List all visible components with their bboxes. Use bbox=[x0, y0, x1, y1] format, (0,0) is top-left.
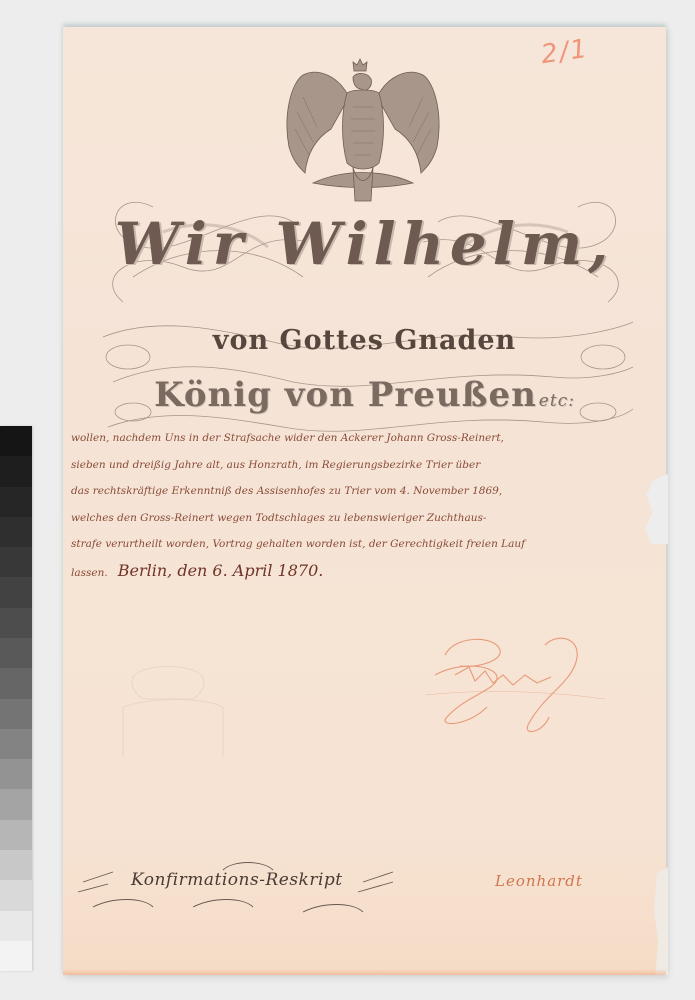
grayscale-step bbox=[0, 941, 32, 971]
grayscale-step bbox=[0, 608, 32, 638]
royal-signature bbox=[425, 625, 605, 735]
grayscale-step bbox=[0, 759, 32, 789]
heading-wir-wilhelm: Wir Wilhelm, bbox=[63, 210, 666, 278]
decree-line: sieben und dreißig Jahre alt, aus Honzra… bbox=[71, 452, 661, 479]
grayscale-step bbox=[0, 880, 32, 910]
countersignature: Leonhardt bbox=[495, 872, 583, 890]
document-type-label: Konfirmations-Reskript bbox=[131, 870, 343, 890]
grayscale-step bbox=[0, 426, 32, 456]
document-sheet: 2/1 Wir Wilhelm, von Go bbox=[63, 27, 666, 975]
decree-line-last: lassen. Berlin, den 6. April 1870. bbox=[71, 558, 661, 587]
decree-line: welches den Gross-Reinert wegen Todtschl… bbox=[71, 505, 661, 532]
decree-line: wollen, nachdem Uns in der Strafsache wi… bbox=[71, 425, 661, 452]
grayscale-calibration-strip bbox=[0, 426, 32, 971]
torn-edge-lower bbox=[654, 867, 668, 975]
grayscale-step bbox=[0, 729, 32, 759]
decree-line-text: lassen. bbox=[71, 567, 108, 579]
grayscale-step bbox=[0, 789, 32, 819]
faint-seal-impression bbox=[93, 637, 253, 777]
heading-koenig-von-preussen: König von Preußenetc: bbox=[63, 375, 666, 415]
decree-line: strafe verurtheilt worden, Vortrag gehal… bbox=[71, 531, 661, 558]
heading-von-gottes-gnaden: von Gottes Gnaden bbox=[63, 325, 666, 356]
grayscale-step bbox=[0, 638, 32, 668]
grayscale-step bbox=[0, 850, 32, 880]
heading-king-text: König von Preußen bbox=[154, 375, 537, 415]
grayscale-step bbox=[0, 668, 32, 698]
archive-number-mark: 2/1 bbox=[539, 34, 591, 70]
grayscale-step bbox=[0, 456, 32, 486]
prussian-eagle-emblem bbox=[273, 57, 453, 217]
grayscale-step bbox=[0, 820, 32, 850]
grayscale-step bbox=[0, 577, 32, 607]
grayscale-step bbox=[0, 517, 32, 547]
grayscale-step bbox=[0, 487, 32, 517]
grayscale-step bbox=[0, 547, 32, 577]
place-and-date: Berlin, den 6. April 1870. bbox=[118, 561, 324, 580]
grayscale-step bbox=[0, 911, 32, 941]
crown-icon bbox=[353, 59, 367, 71]
heading-etc: etc: bbox=[539, 391, 575, 411]
decree-line: das rechtskräftige Erkenntniß des Assise… bbox=[71, 478, 661, 505]
grayscale-step bbox=[0, 699, 32, 729]
decree-body: wollen, nachdem Uns in der Strafsache wi… bbox=[71, 425, 661, 586]
